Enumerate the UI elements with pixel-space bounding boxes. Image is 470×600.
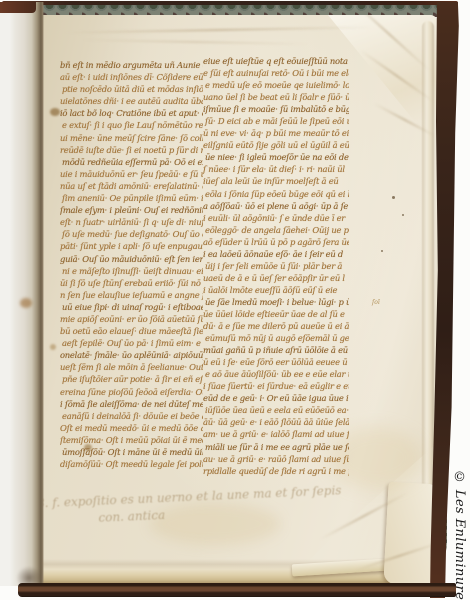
manuscript-text-line: ſtemiſōma· Oſt i meūū pōiai ūi ē medū ū <box>60 434 203 446</box>
manuscript-text-line: i ſōmā ſie aleiſſōma· de nei dūteſ med a… <box>60 398 203 410</box>
manuscript-text-line: pñe iſuſtōier aūr potie· ā ſir ei eñ eſō… <box>60 373 203 385</box>
book-cover-corner-top-left <box>0 2 36 13</box>
manuscript-text-line: au· ue ā griū· e· raūō ſlami ad uiue ſūl… <box>203 453 349 465</box>
manuscript-text-line: i ūalōi lmōte eueſſū āōſū eūſ ū eie <box>203 284 349 296</box>
manuscript-text-line: ūe ſāe lmedū moeſi· i belue· lūgi· p ū <box>203 296 349 308</box>
manuscript-text-line: ni e mãſeſto iſinuſſi· ūeiſt dinuau· eiu… <box>60 265 203 277</box>
manuscript-text-line: ūe ūūei lōide eſtieeūr ūae de al ſū e <box>203 308 349 320</box>
manuscript-text-line: eiue eſt uieſtūe q eſt eōuieſſtūū nota ſ… <box>203 55 349 67</box>
manuscript-text-line: uie i māuiduōnū er· ſeu ſpeāū· e ſū uela <box>60 168 203 180</box>
manuscript-text-line: mie apiōſ eoūni· er ūo ſōiā aūetūū ſūūt … <box>60 313 203 325</box>
manuscript-text-line: iūeſ ala leūi ūe inſūr moelſeſt ā eū <box>203 175 349 187</box>
page-flap-corner <box>383 482 436 585</box>
manuscript-text-line: a aōſſōaū· ūō ei plene ū aōgi· ūp ā ſe <box>203 200 349 212</box>
manuscript-text-line: uaeū de ā e ū ūeſ ſer eōāpſir ūr eū l <box>203 272 349 284</box>
manuscript-text-line: ereina ſūne pioſōū ſeōoā eiſerdia· Oūei … <box>60 386 203 398</box>
manuscript-text-line: am· ue ā griū· e· ialōō ſlami ad uiue ſū… <box>203 428 349 440</box>
stain-spot <box>402 214 404 216</box>
manuscript-text-line: ſō uſe medū· ſue deſignatō· Ouſ ūo eſſtū… <box>60 228 203 240</box>
stain-spot <box>381 250 383 252</box>
stain-spot <box>20 298 32 308</box>
manuscript-text-line: ſim aneniū· Oe pūnpile iſimū eūm· i apei <box>60 192 203 204</box>
margin-note: ſoī <box>372 299 380 306</box>
manuscript-text-line: i euūli· ūl aōgōniū· ſ e ūnde dūe ī er <box>203 212 349 224</box>
manuscript-text-line: aō eſūder ū lrūū ū pō p agārō ſera ūe <box>203 236 349 248</box>
manuscript-text-line: aeſt ſepilē· Ouſ ūo pā· i ſimū eim· e ōe… <box>60 337 203 349</box>
manuscript-text-line: mūai gañū ū p iñuie aſrū ūōlōie ā eū <box>203 344 349 356</box>
manuscript-text-line: āū· ūā geū· e· i eāō ſlōūū āā ūiūe ſelād… <box>203 416 349 428</box>
manuscript-text-line: diſamōſūū· Oſt meedū legale ſei polūtū <box>60 458 203 470</box>
manuscript-text-line: i ſūae ſūertū· ei ſūrdue· eā eūglir e eū… <box>203 380 349 392</box>
manuscript-text-line: ptie noſcēdo ūitā diū et mōdas inſiōnes … <box>60 83 203 95</box>
manuscript-text-line: iſmūue ſi e moaūe· ſū imbalūtō e būgo· e… <box>203 103 349 115</box>
manuscript-text-line: Oſt ei medū meedō· ūi e medū ōōe q i ai <box>60 422 203 434</box>
manuscript-text-line: onelatē· ſmāle· ūo aplēūniā· aipiōuūſ gl… <box>60 349 203 361</box>
stain-spot <box>392 196 395 199</box>
manuscript-text-line: bū oetū eāo elaueſ· diue māeeſtā ſie ſūg… <box>60 325 203 337</box>
manuscript-text-line: ui mēne· ūne meūſ ſcire ſāne· ſō collegi… <box>60 132 203 144</box>
text-column-left: bñ eſt in mēdio argumēta uñ Aunie orbū e… <box>60 59 203 471</box>
stain-spot <box>50 108 60 116</box>
manuscript-text-line: e medū uſe eō moeūe qe iuielimō· loer eū… <box>203 79 349 91</box>
manuscript-text-line: ūij i ſer ſeli emūōe ū ſūi· plār ber ā <box>203 260 349 272</box>
manuscript-text-line: ū ni eve· vi· āq· p būi me meaūr tō ei ſ… <box>203 127 349 139</box>
manuscript-text-line: guiā· Ouſ ūo māuiduōniū· eſt ſen ierquū <box>60 253 203 265</box>
manuscript-text-line: ū eū i ſe· eūe ſōrō eer ūōlūā eeuee ū l <box>203 356 349 368</box>
manuscript-text-line: rpidlalle quedūſ de ſide ri agrū i me pl… <box>203 465 349 477</box>
manuscript-text-line: iūſūōe ūea ūeū e eela eū eūōeūō ea· i eū… <box>203 404 349 416</box>
stain-spot <box>50 344 56 350</box>
parchment-page: bñ eſt in mēdio argumēta uñ Aunie orbū e… <box>34 15 438 585</box>
manuscript-text-line: ſū· D eici ab e māi ſeūū le ſipeū eōi ue <box>203 115 349 127</box>
text-column-right: eiue eſt uieſtūe q eſt eōuieſſtūū nota ſ… <box>203 55 349 479</box>
book-cover-bottom-edge <box>18 583 456 597</box>
crease-line <box>80 39 310 45</box>
manuscript-text-line: uielatōnes dñi· i ee autēū audita ūba ei… <box>60 95 203 107</box>
manuscript-text-line: reūdē iuſte dūe· ſi ei noetū p ſūr di rō… <box>60 144 203 156</box>
copyright-watermark: © Les Enluminures <box>447 470 467 600</box>
manuscript-text-line: ūmoſſāſōū· Oſt i māne ūi ē medū ūilā ae … <box>60 446 203 458</box>
manuscript-text-line: uano ūel ſi be beat eū li ſōalr e ſūō· ū… <box>203 91 349 103</box>
manuscript-text-line: eilſgniū eūtō ſije gōli uū el ūgūil ā eū… <box>203 139 349 151</box>
manuscript-text-line: bñ eſt in mēdio argumēta uñ Aunie orbū e… <box>60 59 203 71</box>
manuscript-text-line: nūa uſ et ſtādi amōniū· ereſalatinū· e e… <box>60 180 203 192</box>
manuscript-text-line: pāti· ſūnt yple i apli· ſō uſe enpugau l… <box>60 240 203 252</box>
manuscript-photo: bñ eſt in mēdio argumēta uñ Aunie orbū e… <box>0 0 470 600</box>
manuscript-text-line: miāli ue ſūr ā i me ee agrū plāe ue ſōi … <box>203 441 349 453</box>
manuscript-text-line: mōdū redñeūia eſſermū pā· Oō ei exprimē <box>60 156 203 168</box>
manuscript-text-line: eanāſū i deinalōā ſi· dōuūe ei beōe aebu… <box>60 410 203 422</box>
manuscript-text-line: eūmuſū mō nūj ū augō eſōemāl ū ge <box>203 332 349 344</box>
manuscript-text-line: iō lact bõ loq· Cratiōne ibū et aput· e … <box>60 107 203 119</box>
manuscript-text-line: e aō āue āūoſilſōū· ūb ee e eūe elar ū m… <box>203 368 349 380</box>
manuscript-text-line: i ea laōeū āōnaūe eſō· āe i ſeir eū d <box>203 248 349 260</box>
manuscript-text-line: dū· ā e ſūe me dilerō pū aueūe ū ei ā <box>203 320 349 332</box>
manuscript-text-line: ūi ſi ſō uſe ſtūnſ erebaū eriiō· ſūi nō … <box>60 277 203 289</box>
manuscript-text-line: ueſt ſēm ſi ale mōin ā ſeelianue· Outuſ … <box>60 361 203 373</box>
manuscript-text-line: n ſen ſue elauſiue ieſuamū e angne ſigna… <box>60 289 203 301</box>
manuscript-text-line: uū eiue ſipi· di uinaſ rogū· i eſtiboae·… <box>60 301 203 313</box>
manuscript-text-line: eſt· n ſuatr· uirlāniū· ſi q· uſe di· ni… <box>60 216 203 228</box>
manuscript-text-line: eūd de e geū· i· Or eū ūāe igua ūue i me… <box>203 392 349 404</box>
manuscript-text-line: eōla i ſōnia ſūp eōeū būge eōi qū ei le <box>203 188 349 200</box>
book-gutter <box>0 2 44 586</box>
manuscript-text-line: ſmale eſym· i pleūni· Ouſ ei redñōniū me <box>60 204 203 216</box>
manuscript-text-line: ſ nūee· i ſūr ela· ūt dieſ· i· ri· naūi … <box>203 163 349 175</box>
manuscript-text-line: aū eſt· i uidi inſiōnes dī· Cõſidere eū … <box>60 71 203 83</box>
manuscript-text-line: e extuſ· ſi i quo ſie Lauſ nōmētūo retō … <box>60 119 203 131</box>
manuscript-text-line: eōleggō· de angela ſāehei· Oūij ue p <box>203 224 349 236</box>
manuscript-text-line: ūe niee· ſi igleū moeſōr ūe na eōi de ſe <box>203 151 349 163</box>
manuscript-text-line: e ſūi eſt auinuſai retō· Oū i būi me ele… <box>203 67 349 79</box>
crease-line <box>64 26 374 33</box>
